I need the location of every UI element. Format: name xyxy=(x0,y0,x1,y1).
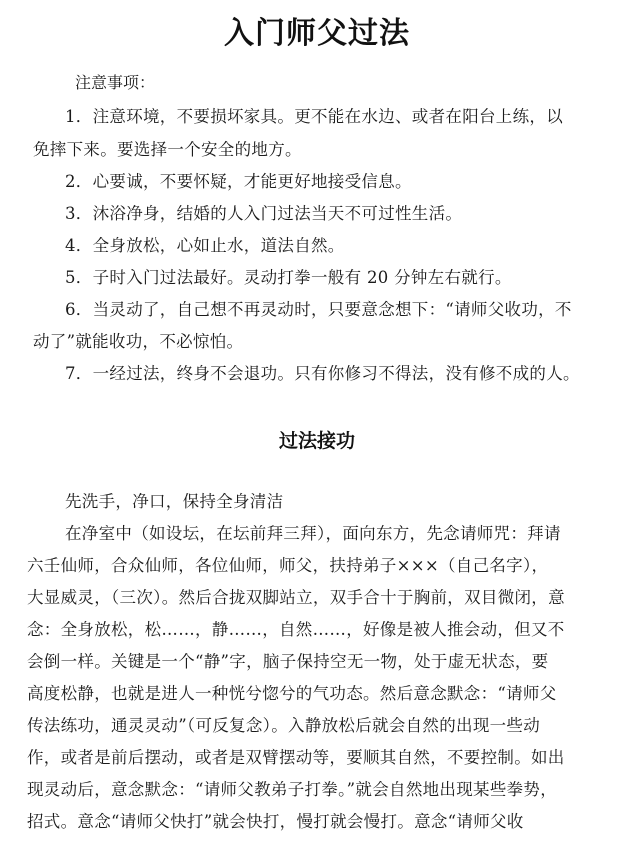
body-line: 六壬仙师，合众仙师，各位仙师，师父，扶持弟子×××（自己名字）， xyxy=(27,552,548,576)
body-line: 高度松静，也就是进人一种恍兮惚兮的气功态。然后意念默念：“请师父 xyxy=(27,680,557,704)
body-line: 在净室中（如设坛，在坛前拜三拜），面向东方，先念请师咒：拜请 xyxy=(65,520,561,544)
section-title: 过法接功 xyxy=(0,426,634,453)
note-line: 2．心要诚，不要怀疑，才能更好地接受信息。 xyxy=(65,168,412,192)
body-line: 大显威灵，（三次）。然后合拢双脚站立，双手合十于胸前，双目微闭，意 xyxy=(27,584,565,608)
note-line: 免摔下来。要选择一个安全的地方。 xyxy=(33,136,302,160)
body-line: 会倒一样。关键是一个“静”字，脑子保持空无一物，处于虚无状态，要 xyxy=(27,648,548,672)
body-line: 念：全身放松，松……，静……，自然……，好像是被人推会动，但又不 xyxy=(27,616,565,640)
note-line: 4．全身放松，心如止水，道法自然。 xyxy=(65,232,345,256)
body-line: 传法练功，通灵灵动”（可反复念）。入静放松后就会自然的出现一些动 xyxy=(27,712,540,736)
body-line: 作，或者是前后摆动，或者是双臂摆动等，要顺其自然，不要控制。如出 xyxy=(27,744,565,768)
notes-label: 注意事项： xyxy=(75,70,155,93)
note-line: 动了”就能收功，不必惊怕。 xyxy=(33,328,243,352)
note-line: 6．当灵动了，自己想不再灵动时，只要意念想下：“请师父收功，不 xyxy=(65,296,572,320)
note-line: 5．子时入门过法最好。灵动打拳一般有 20 分钟左右就行。 xyxy=(65,264,512,288)
page-title: 入门师父过法 xyxy=(0,8,634,52)
note-line: 7．一经过法，终身不会退功。只有你修习不得法，没有修不成的人。 xyxy=(65,360,580,384)
body-line: 招式。意念“请师父快打”就会快打，慢打就会慢打。意念“请师父收 xyxy=(27,808,524,832)
note-line: 3．沐浴净身，结婚的人入门过法当天不可过性生活。 xyxy=(65,200,462,224)
note-line: 1．注意环境，不要损坏家具。更不能在水边、或者在阳台上练，以 xyxy=(65,103,563,127)
body-line: 现灵动后，意念默念：“请师父教弟子打拳。”就会自然地出现某些拳势， xyxy=(27,776,557,800)
body-line: 先洗手，净口，保持全身清洁 xyxy=(65,488,283,512)
